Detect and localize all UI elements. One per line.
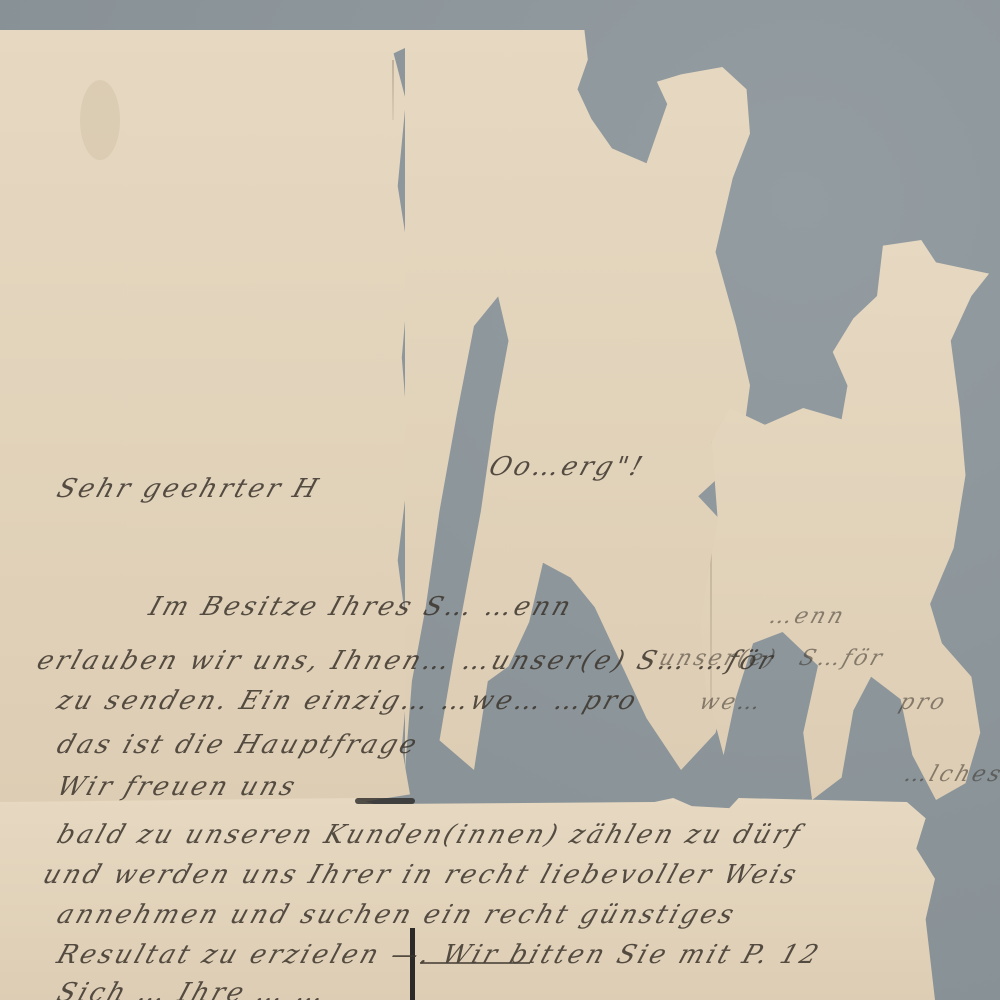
body-line-7: und werden uns Ihrer in recht liebevolle… — [39, 860, 803, 890]
body-line-10: Sich … Ihre … … — [53, 978, 331, 1000]
body-line-3: zu senden. Ein einzig… …we… …pro — [53, 686, 643, 716]
fragment-word-unser: unser(e) — [656, 646, 781, 671]
body-line-4: das ist die Hauptfrage — [53, 730, 423, 760]
salutation-part1: Sehr geehrter H — [53, 474, 324, 504]
body-line-6: bald zu unseren Kunden(innen) zählen zu … — [53, 820, 806, 850]
body-line-9: Resultat zu erzielen —. Wir bitten Sie m… — [53, 940, 825, 970]
body-line-1: Im Besitze Ihres S… …enn — [145, 592, 577, 622]
fragment-word-sfoer: S…för — [796, 646, 888, 671]
fragment-word-lches: …lches — [901, 762, 1000, 787]
salutation-part2: Oo…erg"! — [485, 452, 649, 482]
fragment-word-pro: pro — [896, 690, 951, 715]
dash-underline — [420, 962, 530, 964]
fragment-word-enn: …enn — [766, 604, 849, 629]
body-line-5: Wir freuen uns — [53, 772, 301, 802]
tear-shadow — [355, 798, 415, 804]
body-line-8: annehmen und suchen ein recht günstiges — [53, 900, 740, 930]
fragment-word-we: we… — [696, 690, 767, 715]
